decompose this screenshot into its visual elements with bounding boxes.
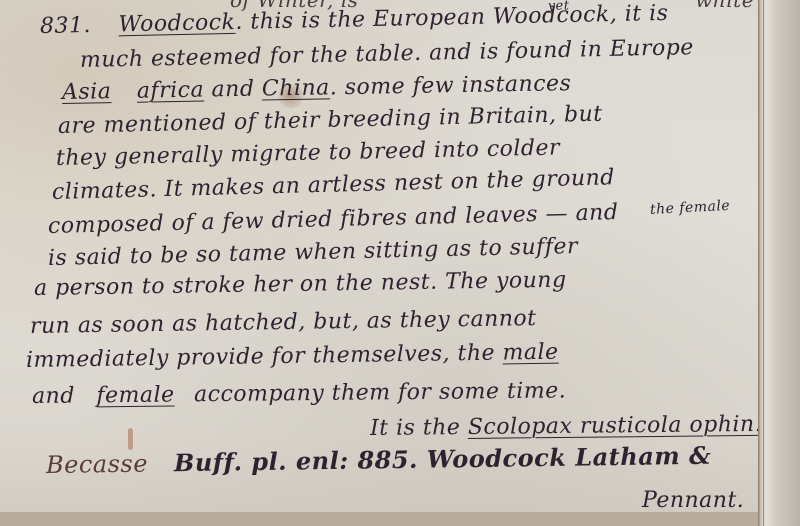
- manuscript-line: run as soon as hatched, but, as they can…: [30, 306, 537, 339]
- manuscript-line: a person to stroke her on the nest. The …: [34, 268, 567, 301]
- manuscript-line: Pennant.: [642, 488, 744, 513]
- species-name: Woodcock: [118, 10, 235, 37]
- manuscript-line: they generally migrate to breed into col…: [56, 135, 561, 171]
- insertion-mark: the female: [650, 198, 731, 218]
- book-binding: [758, 0, 800, 526]
- manuscript-line: immediately provide for themselves, the …: [26, 340, 559, 373]
- manuscript-line: is said to be so tame when sitting as to…: [48, 234, 579, 271]
- scientific-name: Scolopax rusticola ophin.: [468, 412, 763, 440]
- entry-number: 831.: [40, 13, 91, 39]
- french-name: Becasse: [46, 450, 148, 479]
- manuscript-line-right: yet: [428, 2, 570, 30]
- manuscript-line: Becasse Buff. pl. enl: 885. Woodcock Lat…: [46, 441, 712, 479]
- ink-stain: [128, 428, 133, 450]
- manuscript-line: composed of a few dried fibres and leave…: [48, 200, 619, 239]
- manuscript-page: of Winter, is white at the 831. Woodcock…: [0, 0, 758, 515]
- binding-rule: [763, 0, 764, 526]
- manuscript-line: much esteemed for the table. and is foun…: [80, 35, 694, 73]
- manuscript-line: and female accompany them for some time.: [32, 378, 566, 409]
- page-edge: [0, 512, 758, 526]
- reference-citation: Buff. pl. enl: 885. Woodcock Latham &: [174, 441, 712, 477]
- manuscript-line: It is the Scolopax rusticola ophin.: [370, 412, 762, 441]
- manuscript-line: climates. It makes an artless nest on th…: [52, 165, 616, 205]
- manuscript-line: are mentioned of their breeding in Brita…: [58, 102, 603, 139]
- manuscript-line: Asia africa and China. some few instance…: [62, 71, 572, 105]
- insertion-mark: yet: [548, 0, 570, 14]
